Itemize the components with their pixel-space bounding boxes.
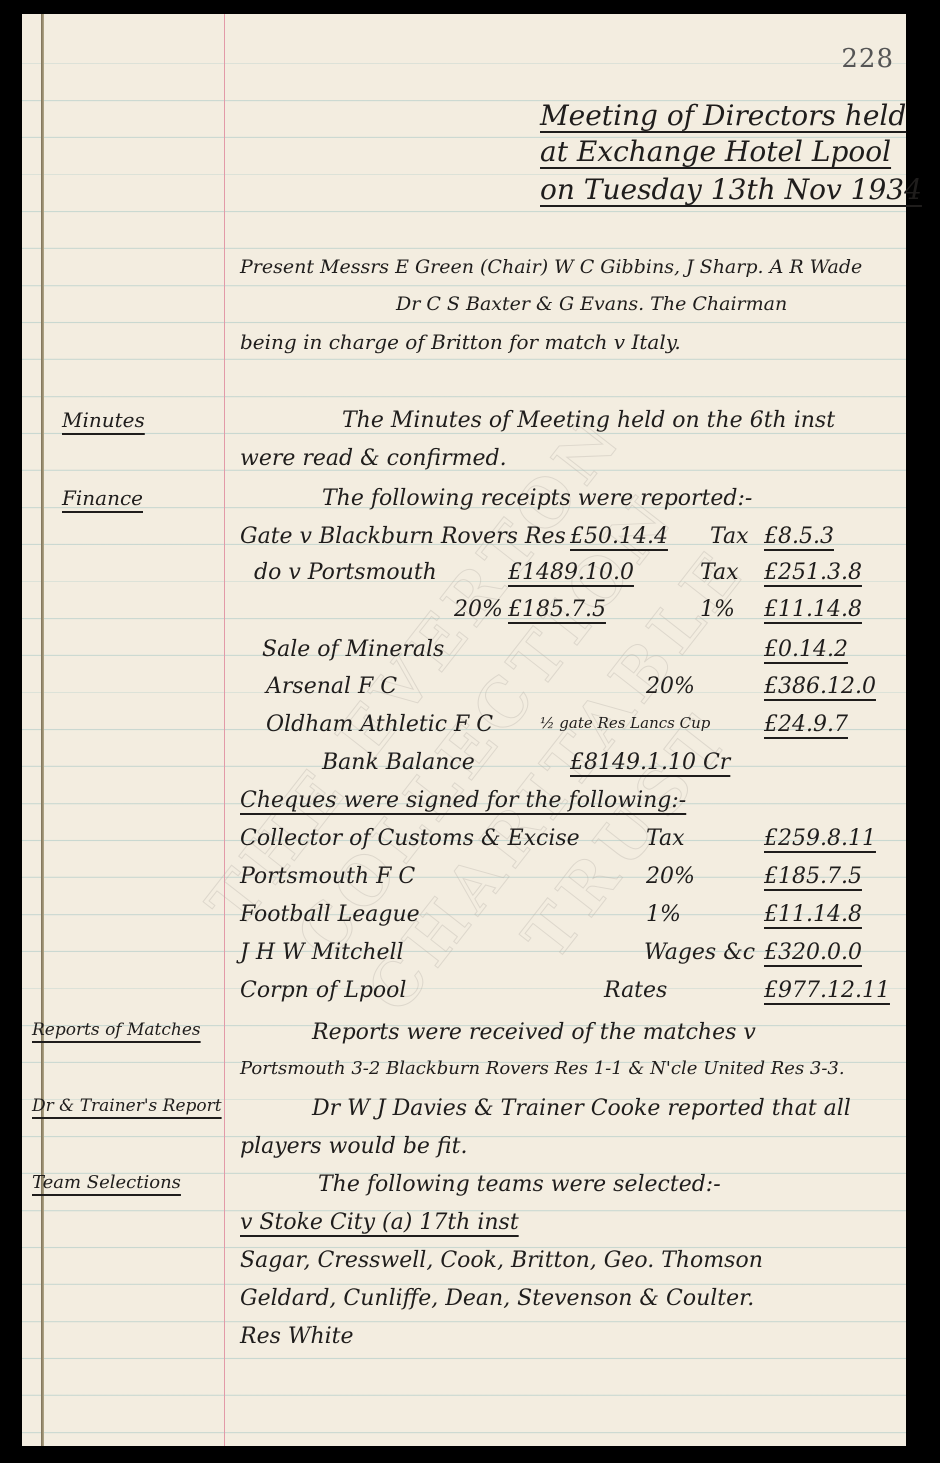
cheque-payee: Football League: [240, 904, 420, 926]
title-line-2: at Exchange Hotel Lpool: [540, 138, 891, 166]
present-line-1: Present Messrs E Green (Chair) W C Gibbi…: [240, 258, 862, 277]
finance-intro: The following receipts were reported:-: [322, 488, 752, 510]
receipt-note: 1%: [700, 599, 735, 621]
bank-balance-label: Bank Balance: [322, 752, 475, 774]
present-line-2: Dr C S Baxter & G Evans. The Chairman: [396, 295, 787, 314]
receipt-amount: £1489.10.0: [508, 562, 634, 584]
receipt-amount-2: £11.14.8: [764, 599, 862, 621]
present-line-3: being in charge of Britton for match v I…: [240, 332, 681, 352]
title-line-1: Meeting of Directors held: [540, 102, 906, 130]
team-reserve: Res White: [240, 1326, 354, 1348]
cheque-amount: £259.8.11: [764, 828, 876, 850]
receipt-label: Sale of Minerals: [262, 639, 444, 661]
heading-finance: Finance: [62, 488, 143, 508]
team-intro: The following teams were selected:-: [318, 1174, 721, 1196]
team-fixture: v Stoke City (a) 17th inst: [240, 1212, 519, 1234]
binding-edge: [41, 14, 44, 1446]
receipt-label: Gate v Blackburn Rovers Res: [240, 526, 566, 548]
receipt-label: Arsenal F C: [266, 676, 397, 698]
cheque-amount: £185.7.5: [764, 866, 862, 888]
reports-line-1: Reports were received of the matches v: [312, 1022, 756, 1044]
cheque-payee: Portsmouth F C: [240, 866, 415, 888]
receipt-note: ½ gate Res Lancs Cup: [540, 716, 710, 731]
receipt-amount-2: £0.14.2: [764, 639, 848, 661]
cheque-payee: Collector of Customs & Excise: [240, 828, 580, 850]
minutes-line-1: The Minutes of Meeting held on the 6th i…: [342, 410, 835, 432]
receipt-label: Oldham Athletic F C: [266, 714, 493, 736]
cheque-amount: £320.0.0: [764, 942, 862, 964]
receipt-amount: £50.14.4: [570, 526, 668, 548]
receipt-note-left: 20%: [454, 599, 503, 621]
receipt-amount-2: £24.9.7: [764, 714, 848, 736]
heading-reports-of-matches: Reports of Matches: [32, 1022, 201, 1039]
receipt-amount-2: £386.12.0: [764, 676, 876, 698]
heading-team-selections: Team Selections: [32, 1174, 181, 1192]
cheque-purpose: 20%: [646, 866, 695, 888]
ledger-page: THE EVERTON COLLECTION CHARITABLE TRUST …: [22, 14, 906, 1446]
receipt-amount: £185.7.5: [508, 599, 606, 621]
receipt-amount-2: £8.5.3: [764, 526, 834, 548]
receipt-note: Tax: [700, 562, 739, 584]
cheques-intro: Cheques were signed for the following:-: [240, 790, 686, 812]
bank-balance-amount: £8149.1.10 Cr: [570, 752, 730, 774]
minutes-line-2: were read & confirmed.: [240, 448, 507, 470]
page-number: 228: [841, 44, 894, 74]
heading-dr-trainers-report: Dr & Trainer's Report: [32, 1098, 222, 1115]
dr-report-line-2: players would be fit.: [240, 1136, 467, 1158]
cheque-amount: £977.12.11: [764, 980, 890, 1002]
cheque-purpose: Wages &c: [644, 942, 755, 964]
cheque-purpose: 1%: [646, 904, 681, 926]
receipt-note: 20%: [646, 676, 695, 698]
receipt-label: do v Portsmouth: [254, 562, 437, 584]
team-line-1: Sagar, Cresswell, Cook, Britton, Geo. Th…: [240, 1250, 763, 1272]
cheque-purpose: Rates: [604, 980, 667, 1002]
dr-report-line-1: Dr W J Davies & Trainer Cooke reported t…: [312, 1098, 851, 1120]
receipt-note: Tax: [710, 526, 749, 548]
heading-minutes: Minutes: [62, 410, 145, 430]
cheque-purpose: Tax: [646, 828, 685, 850]
cheque-amount: £11.14.8: [764, 904, 862, 926]
team-line-2: Geldard, Cunliffe, Dean, Stevenson & Cou…: [240, 1288, 754, 1310]
receipt-amount-2: £251.3.8: [764, 562, 862, 584]
cheque-payee: J H W Mitchell: [240, 942, 404, 964]
reports-line-2: Portsmouth 3-2 Blackburn Rovers Res 1-1 …: [240, 1060, 845, 1078]
cheque-payee: Corpn of Lpool: [240, 980, 406, 1002]
margin-rule: [224, 14, 225, 1446]
title-line-3: on Tuesday 13th Nov 1934: [540, 176, 922, 204]
